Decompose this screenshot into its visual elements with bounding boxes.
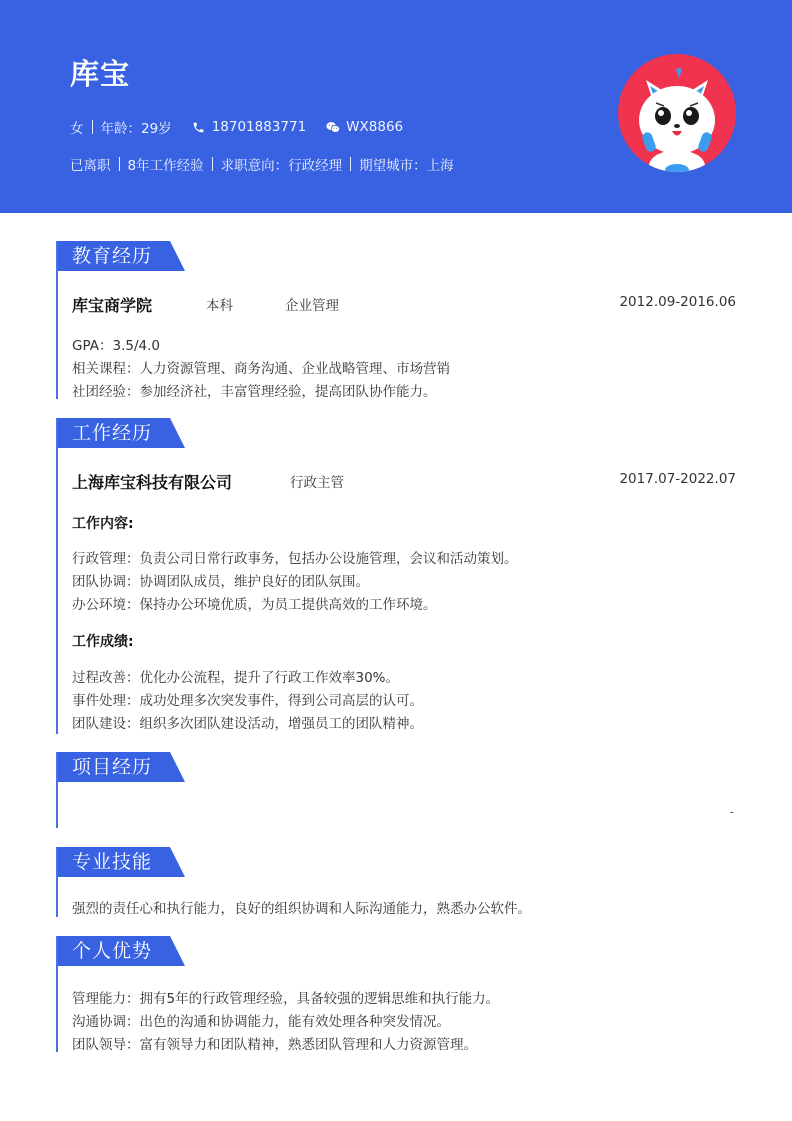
candidate-name: 库宝 (70, 52, 130, 93)
avatar (618, 54, 736, 172)
expected-city: 期望城市：上海 (359, 154, 454, 174)
wechat-id: WX8866 (346, 119, 403, 135)
project-section: 项目经历 - (56, 752, 746, 828)
skills-section: 专业技能 强烈的责任心和执行能力，良好的组织协调和人际沟通能力，熟悉办公软件。 (56, 847, 746, 917)
school-name: 库宝商学院 (72, 293, 152, 316)
wechat-icon (326, 120, 340, 134)
section-title: 个人优势 (58, 936, 185, 966)
gender: 女 (70, 117, 84, 137)
section-title: 专业技能 (58, 847, 185, 877)
education-detail: 相关课程：人力资源管理、商务沟通、企业战略管理、市场营销 (72, 357, 450, 377)
degree: 本科 (206, 294, 233, 314)
section-title: 项目经历 (58, 752, 185, 782)
education-detail: GPA：3.5/4.0 (72, 334, 160, 354)
work-content-item: 团队协调：协调团队成员，维护良好的团队氛围。 (72, 570, 369, 590)
advantages-section: 个人优势 管理能力：拥有5年的行政管理经验，具备较强的逻辑思维和执行能力。 沟通… (56, 936, 746, 1052)
work-achievements-title: 工作成绩: (72, 631, 134, 651)
job-intention: 求职意向：行政经理 (221, 154, 343, 174)
basic-info-row: 女 年龄：29岁 18701883771 WX8866 (70, 117, 403, 137)
work-content-title: 工作内容: (72, 513, 134, 533)
divider (212, 157, 213, 171)
job-status: 已离职 (70, 154, 111, 174)
work-content-item: 办公环境：保持办公环境优质，为员工提供高效的工作环境。 (72, 593, 437, 613)
achievement-item: 过程改善：优化办公流程，提升了行政工作效率30%。 (72, 666, 399, 686)
project-date: - (730, 805, 734, 819)
advantage-item: 团队领导：富有领导力和团队精神，熟悉团队管理和人力资源管理。 (72, 1033, 477, 1053)
divider (350, 157, 351, 171)
education-section: 教育经历 库宝商学院 本科 企业管理 2012.09-2016.06 GPA：3… (56, 241, 746, 399)
achievement-item: 事件处理：成功处理多次突发事件，得到公司高层的认可。 (72, 689, 423, 709)
phone-icon (192, 120, 206, 134)
advantage-item: 沟通协调：出色的沟通和协调能力，能有效处理各种突发情况。 (72, 1010, 450, 1030)
education-detail: 社团经验：参加经济社，丰富管理经验，提高团队协作能力。 (72, 380, 437, 400)
advantage-item: 管理能力：拥有5年的行政管理经验，具备较强的逻辑思维和执行能力。 (72, 987, 499, 1007)
divider (119, 157, 120, 171)
company-name: 上海库宝科技有限公司 (72, 470, 232, 493)
work-content-item: 行政管理：负责公司日常行政事务，包括办公设施管理，会议和活动策划。 (72, 547, 518, 567)
achievement-item: 团队建设：组织多次团队建设活动，增强员工的团队精神。 (72, 712, 423, 732)
section-title: 工作经历 (58, 418, 185, 448)
age: 年龄：29岁 (101, 117, 172, 137)
education-date: 2012.09-2016.06 (619, 294, 736, 310)
work-date: 2017.07-2022.07 (619, 471, 736, 487)
job-position: 行政主管 (290, 471, 344, 491)
header-banner: 库宝 女 年龄：29岁 18701883771 WX8866 已离职 8年工作经… (0, 0, 792, 213)
job-info-row: 已离职 8年工作经验 求职意向：行政经理 期望城市：上海 (70, 154, 454, 174)
major: 企业管理 (285, 294, 339, 314)
phone-number: 18701883771 (212, 119, 306, 135)
skills-text: 强烈的责任心和执行能力，良好的组织协调和人际沟通能力，熟悉办公软件。 (72, 897, 531, 917)
work-experience: 8年工作经验 (128, 154, 204, 174)
divider (92, 120, 93, 134)
section-title: 教育经历 (58, 241, 185, 271)
work-section: 工作经历 上海库宝科技有限公司 行政主管 2017.07-2022.07 工作内… (56, 418, 746, 734)
